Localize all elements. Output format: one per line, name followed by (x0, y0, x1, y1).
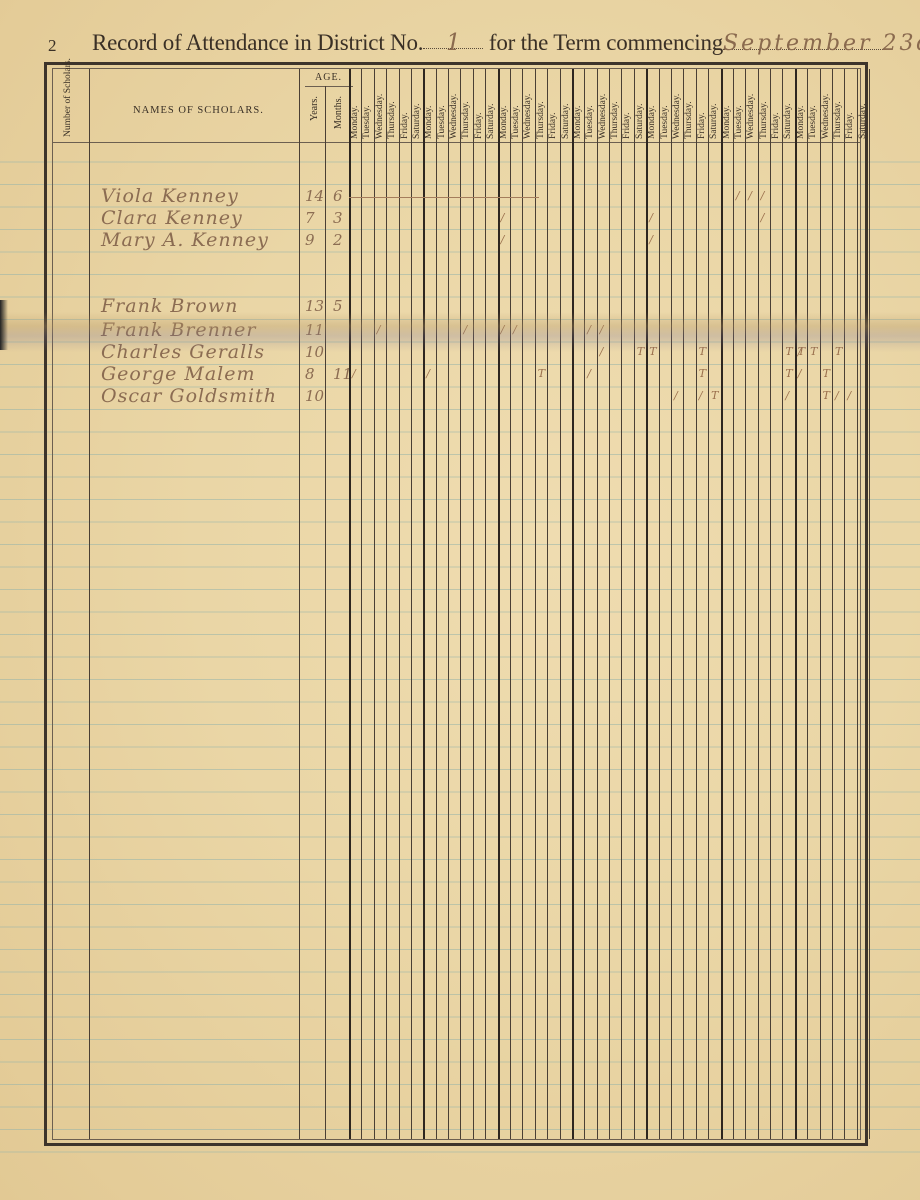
day-header-monday: Monday. (796, 106, 806, 139)
scholar-row[interactable]: Clara Kenney73 (53, 207, 860, 229)
day-header-tuesday: Tuesday. (734, 105, 744, 139)
tardy-mark[interactable]: T (637, 345, 644, 358)
day-header-monday: Monday. (573, 106, 583, 139)
absence-mark[interactable]: / (835, 389, 839, 402)
number-of-scholars-header: Number of Scholars. (63, 77, 73, 137)
absence-mark[interactable]: / (674, 389, 678, 402)
absence-mark[interactable]: / (587, 367, 591, 380)
day-header-tuesday: Tuesday. (660, 105, 670, 139)
age-years: 7 (305, 209, 315, 227)
scholar-row[interactable]: Oscar Goldsmith10 (53, 385, 860, 407)
absence-mark[interactable]: / (847, 389, 851, 402)
age-years: 10 (305, 343, 324, 361)
absence-mark[interactable]: / (798, 345, 802, 358)
absence-mark[interactable]: / (463, 323, 467, 336)
day-header-saturday: Saturday. (486, 103, 496, 139)
absence-mark[interactable]: / (377, 323, 381, 336)
scholar-name: Frank Brown (101, 295, 238, 317)
absence-mark[interactable]: / (600, 345, 604, 358)
title-prefix: Record of Attendance in District No. (92, 30, 423, 55)
names-header: NAMES OF SCHOLARS. (133, 105, 264, 116)
tardy-mark[interactable]: T (699, 367, 706, 380)
strike-line (349, 197, 539, 198)
day-header-saturday: Saturday. (561, 103, 571, 139)
scholar-name: Mary A. Kenney (101, 229, 269, 251)
tardy-mark[interactable]: T (823, 389, 830, 402)
day-header-friday: Friday. (400, 112, 410, 139)
tardy-mark[interactable]: T (823, 367, 830, 380)
day-header-wednesday: Wednesday. (672, 94, 682, 139)
day-header-saturday: Saturday. (635, 103, 645, 139)
attendance-table: Number of Scholars. NAMES OF SCHOLARS. A… (44, 62, 868, 1146)
age-months: 11 (333, 365, 352, 383)
day-header-wednesday: Wednesday. (375, 94, 385, 139)
tardy-mark[interactable]: T (711, 389, 718, 402)
day-header-saturday: Saturday. (709, 103, 719, 139)
day-header-saturday: Saturday. (783, 103, 793, 139)
term-start-field[interactable]: September 23d (723, 31, 883, 50)
district-number-value: 1 (446, 30, 460, 56)
months-header: Months. (333, 96, 344, 129)
day-header-wednesday: Wednesday. (523, 94, 533, 139)
absence-mark[interactable]: / (587, 323, 591, 336)
years-header: Years. (309, 96, 320, 121)
absence-mark[interactable]: / (426, 367, 430, 380)
page-title: Record of Attendance in District No.1 fo… (92, 30, 883, 56)
scholar-row[interactable]: Frank Brenner11 (53, 319, 860, 341)
day-header-monday: Monday. (647, 106, 657, 139)
day-header-monday: Monday. (722, 106, 732, 139)
day-header-thursday: Thursday. (833, 101, 843, 139)
day-header-wednesday: Wednesday. (449, 94, 459, 139)
absence-mark[interactable]: / (600, 323, 604, 336)
day-header-thursday: Thursday. (684, 101, 694, 139)
absence-mark[interactable]: / (699, 389, 703, 402)
scholar-name: Charles Geralls (101, 341, 265, 363)
absence-mark[interactable]: / (785, 389, 789, 402)
age-divider (305, 86, 353, 87)
day-header-thursday: Thursday. (461, 101, 471, 139)
scholar-row[interactable] (53, 251, 860, 273)
page-number: 2 (48, 36, 57, 56)
scholar-name: George Malem (101, 363, 256, 385)
day-header-thursday: Thursday. (759, 101, 769, 139)
absence-mark[interactable]: / (798, 367, 802, 380)
scholar-row[interactable]: George Malem811 (53, 363, 860, 385)
tardy-mark[interactable]: T (699, 345, 706, 358)
absence-mark[interactable]: / (352, 367, 356, 380)
day-divider (869, 69, 870, 1139)
scholar-row[interactable] (53, 273, 860, 295)
age-months: 5 (333, 297, 343, 315)
day-header-friday: Friday. (622, 112, 632, 139)
absence-mark[interactable]: / (501, 233, 505, 246)
day-header-friday: Friday. (474, 112, 484, 139)
age-years: 8 (305, 365, 315, 383)
day-header-saturday: Saturday. (412, 103, 422, 139)
absence-mark[interactable]: / (761, 189, 765, 202)
scholar-name: Frank Brenner (101, 319, 256, 341)
day-header-monday: Monday. (424, 106, 434, 139)
absence-mark[interactable]: / (501, 323, 505, 336)
header-divider (53, 142, 860, 143)
age-months: 3 (333, 209, 343, 227)
scholar-row[interactable]: Mary A. Kenney92 (53, 229, 860, 251)
absence-mark[interactable]: / (736, 189, 740, 202)
day-header-tuesday: Tuesday. (808, 105, 818, 139)
day-header-tuesday: Tuesday. (362, 105, 372, 139)
tardy-mark[interactable]: T (785, 345, 792, 358)
day-header-monday: Monday. (350, 106, 360, 139)
day-header-friday: Friday. (771, 112, 781, 139)
tardy-mark[interactable]: T (649, 345, 656, 358)
age-months: 6 (333, 187, 343, 205)
day-header-friday: Friday. (845, 112, 855, 139)
day-header-tuesday: Tuesday. (437, 105, 447, 139)
district-number-field[interactable]: 1 (423, 30, 483, 49)
day-header-monday: Monday. (499, 106, 509, 139)
day-header-friday: Friday. (697, 112, 707, 139)
tardy-mark[interactable]: T (538, 367, 545, 380)
day-header-wednesday: Wednesday. (598, 94, 608, 139)
title-middle: for the Term commencing (489, 30, 723, 55)
scholar-name: Clara Kenney (101, 207, 243, 229)
scholar-row[interactable]: Frank Brown135 (53, 295, 860, 317)
day-header-wednesday: Wednesday. (746, 94, 756, 139)
age-header: AGE. (315, 72, 342, 83)
tardy-mark[interactable]: T (835, 345, 842, 358)
day-header-saturday: Saturday. (858, 103, 868, 139)
absence-mark[interactable]: / (649, 211, 653, 224)
scholar-name: Viola Kenney (101, 185, 239, 207)
day-header-tuesday: Tuesday. (511, 105, 521, 139)
absence-mark[interactable]: / (649, 233, 653, 246)
absence-mark[interactable]: / (513, 323, 517, 336)
term-start-value: September 23d (723, 31, 920, 56)
day-header-thursday: Thursday. (610, 101, 620, 139)
age-years: 11 (305, 321, 324, 339)
tardy-mark[interactable]: T (810, 345, 817, 358)
absence-mark[interactable]: / (501, 211, 505, 224)
scholar-row[interactable]: Charles Geralls10 (53, 341, 860, 363)
day-header-wednesday: Wednesday. (821, 94, 831, 139)
attendance-grid: Number of Scholars. NAMES OF SCHOLARS. A… (52, 68, 861, 1140)
age-years: 14 (305, 187, 324, 205)
page-edge (0, 300, 8, 350)
day-header-thursday: Thursday. (387, 101, 397, 139)
age-years: 10 (305, 387, 324, 405)
scholar-name: Oscar Goldsmith (101, 385, 277, 407)
day-header-thursday: Thursday. (536, 101, 546, 139)
day-header-friday: Friday. (548, 112, 558, 139)
age-years: 13 (305, 297, 324, 315)
day-header-tuesday: Tuesday. (585, 105, 595, 139)
age-years: 9 (305, 231, 315, 249)
absence-mark[interactable]: / (761, 211, 765, 224)
age-months: 2 (333, 231, 343, 249)
tardy-mark[interactable]: T (785, 367, 792, 380)
absence-mark[interactable]: / (748, 189, 752, 202)
